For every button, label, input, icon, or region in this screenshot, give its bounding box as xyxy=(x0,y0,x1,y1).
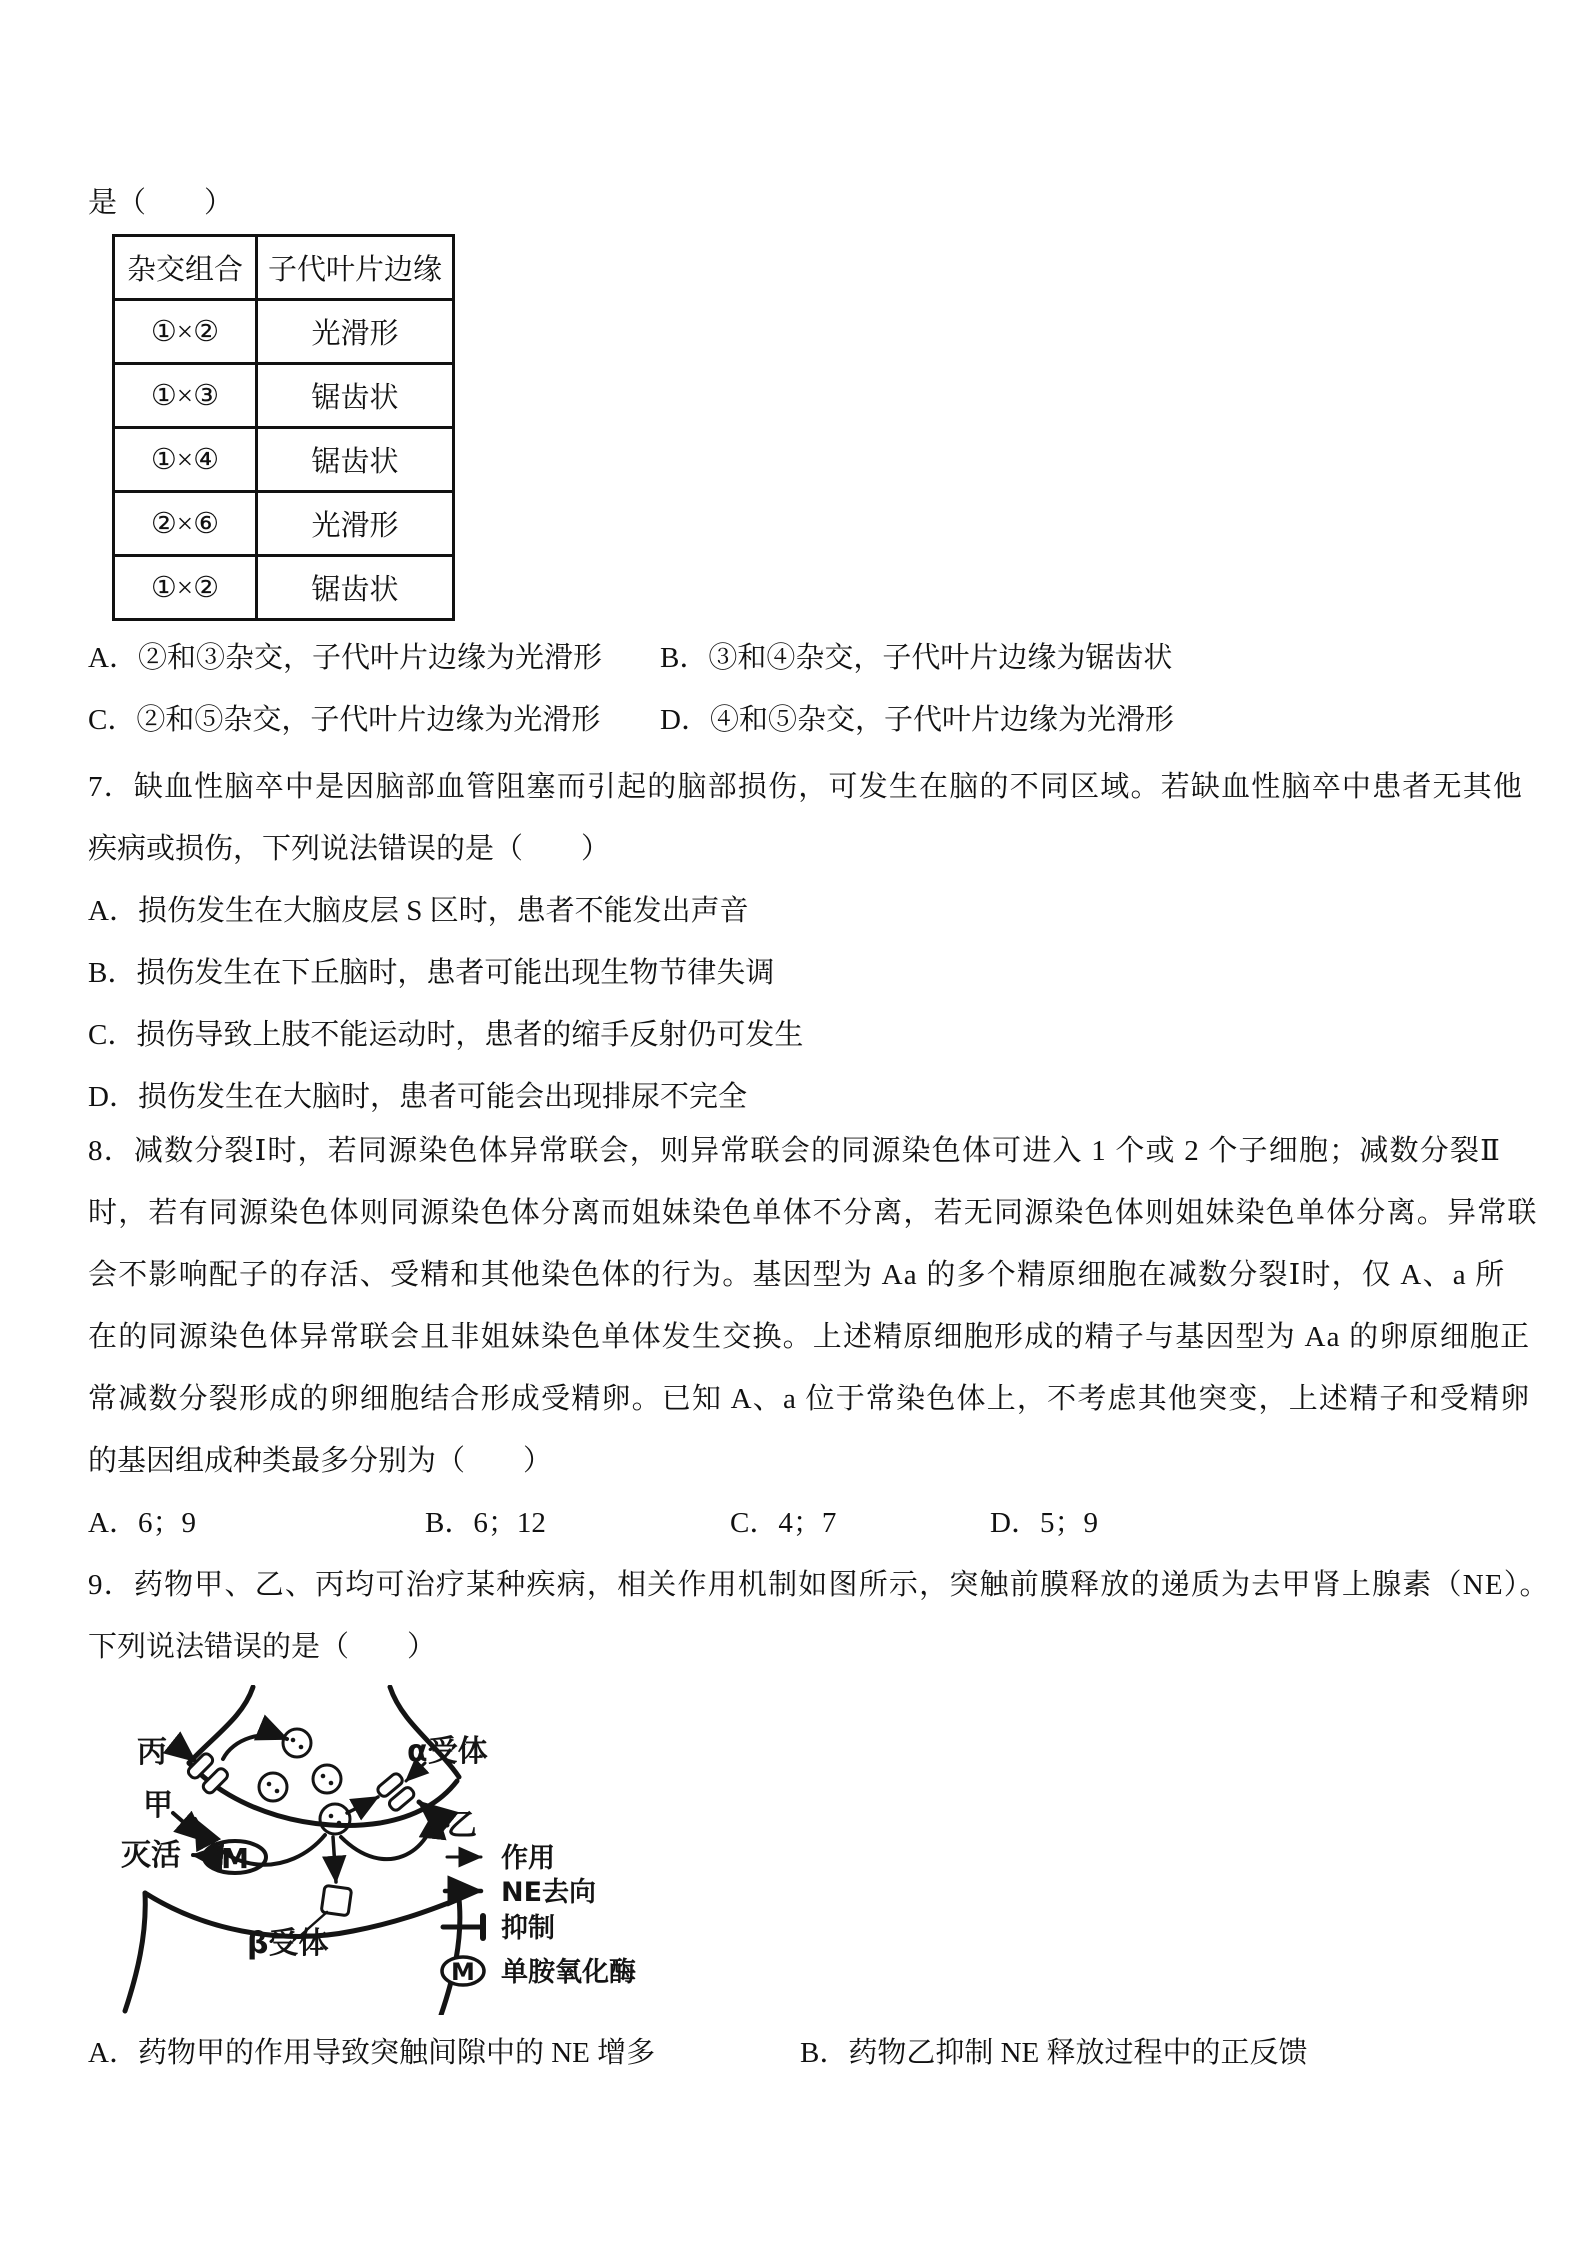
legend-mao-label: 单胺氧化酶 xyxy=(501,1956,636,1988)
q9-stem-line-2: 下列说法错误的是（ ） xyxy=(88,1630,436,1664)
table-cell: ①×② xyxy=(114,300,257,364)
q9-option-a: A．药物甲的作用导致突触间隙中的 NE 增多 xyxy=(88,2036,655,2070)
q9-option-b: B．药物乙抑制 NE 释放过程中的正反馈 xyxy=(800,2036,1308,2070)
table-cell: ②×⑥ xyxy=(114,492,257,556)
q8-stem-line-4: 在的同源染色体异常联会且非姐妹染色单体发生交换。上述精原细胞形成的精子与基因型为… xyxy=(88,1320,1530,1354)
q8-option-b: B．6；12 xyxy=(425,1506,546,1540)
alpha-receptor-label: α受体 xyxy=(407,1734,488,1769)
q7-option-a: A．损伤发生在大脑皮层 S 区时，患者不能发出声音 xyxy=(88,894,749,928)
legend-action-label: 作用 xyxy=(501,1843,555,1874)
inactivation-label: 灭活 xyxy=(121,1838,181,1873)
diagram-arrows xyxy=(173,1735,447,1935)
table-cell: ①×③ xyxy=(114,364,257,428)
q8-stem-line-3: 会不影响配子的存活、受精和其他染色体的行为。基因型为 Aa 的多个精原细胞在减数… xyxy=(88,1258,1506,1292)
table-header-cell: 子代叶片边缘 xyxy=(257,236,454,300)
drug-bing-label: 丙 xyxy=(137,1735,167,1770)
q6-option-c: C．②和⑤杂交，子代叶片边缘为光滑形 xyxy=(88,703,600,737)
table-cell: ①×② xyxy=(114,556,257,620)
q8-stem-line-5: 常减数分裂形成的卵细胞结合形成受精卵。已知 A、a 位于常染色体上，不考虑其他突… xyxy=(88,1382,1530,1416)
q7-stem-line-2: 疾病或损伤，下列说法错误的是（ ） xyxy=(88,832,610,866)
q7-option-c: C．损伤导致上肢不能运动时，患者的缩手反射仍可发生 xyxy=(88,1018,803,1052)
table-cell: ①×④ xyxy=(114,428,257,492)
q6-option-a: A．②和③杂交，子代叶片边缘为光滑形 xyxy=(88,641,602,675)
table-row: ①×③ 锯齿状 xyxy=(114,364,454,428)
table-header-cell: 杂交组合 xyxy=(114,236,257,300)
table-cell: 光滑形 xyxy=(257,300,454,364)
q8-option-d: D．5；9 xyxy=(990,1506,1098,1540)
q6-option-d: D．④和⑤杂交，子代叶片边缘为光滑形 xyxy=(660,703,1174,737)
q8-stem-line-1: 8．减数分裂Ⅰ时，若同源染色体异常联会，则异常联会的同源染色体可进入 1 个或 … xyxy=(88,1134,1501,1168)
q8-stem-line-6: 的基因组成种类最多分别为（ ） xyxy=(88,1444,552,1478)
diagram-legend: M 作用 NE去向 抑制 单胺氧化酶 xyxy=(442,1843,636,1988)
drug-jia-label: 甲 xyxy=(143,1788,173,1823)
beta-receptor-label: β受体 xyxy=(247,1926,328,1961)
exam-page: 是（ ） 杂交组合 子代叶片边缘 ①×② 光滑形 ①×③ 锯齿状 ①×④ 锯齿状… xyxy=(0,0,1586,2244)
q6-cross-table: 杂交组合 子代叶片边缘 ①×② 光滑形 ①×③ 锯齿状 ①×④ 锯齿状 ②×⑥ … xyxy=(112,234,455,621)
q7-stem-line-1: 7．缺血性脑卒中是因脑部血管阻塞而引起的脑部损伤，可发生在脑的不同区域。若缺血性… xyxy=(88,770,1523,804)
legend-m-letter: M xyxy=(451,1958,475,1986)
beta-receptor-icon xyxy=(321,1885,351,1915)
q7-option-b: B．损伤发生在下丘脑时，患者可能出现生物节律失调 xyxy=(88,956,774,990)
table-header-row: 杂交组合 子代叶片边缘 xyxy=(114,236,454,300)
table-row: ①×② 光滑形 xyxy=(114,300,454,364)
table-row: ②×⑥ 光滑形 xyxy=(114,492,454,556)
table-cell: 光滑形 xyxy=(257,492,454,556)
vesicle-icons xyxy=(259,1729,350,1834)
drug-yi-label: 乙 xyxy=(447,1808,477,1843)
q8-option-c: C．4；7 xyxy=(730,1506,836,1540)
legend-inhibit-label: 抑制 xyxy=(501,1913,555,1944)
table-row: ①×② 锯齿状 xyxy=(114,556,454,620)
q8-option-a: A．6；9 xyxy=(88,1506,196,1540)
q6-option-b: B．③和④杂交，子代叶片边缘为锯齿状 xyxy=(660,641,1172,675)
table-row: ①×④ 锯齿状 xyxy=(114,428,454,492)
table-cell: 锯齿状 xyxy=(257,428,454,492)
legend-ne-path-label: NE去向 xyxy=(501,1877,596,1908)
synapse-diagram: M 丙 甲 灭活 乙 α受体 β受体 xyxy=(85,1685,665,2015)
q7-option-d: D．损伤发生在大脑时，患者可能会出现排尿不完全 xyxy=(88,1080,747,1114)
q8-stem-line-2: 时，若有同源染色体则同源染色体分离而姐妹染色单体不分离，若无同源染色体则姐妹染色… xyxy=(88,1196,1538,1230)
table-cell: 锯齿状 xyxy=(257,556,454,620)
table-cell: 锯齿状 xyxy=(257,364,454,428)
q6-prompt-tail: 是（ ） xyxy=(88,186,233,220)
q9-stem-line-1: 9．药物甲、乙、丙均可治疗某种疾病，相关作用机制如图所示，突触前膜释放的递质为去… xyxy=(88,1568,1550,1602)
